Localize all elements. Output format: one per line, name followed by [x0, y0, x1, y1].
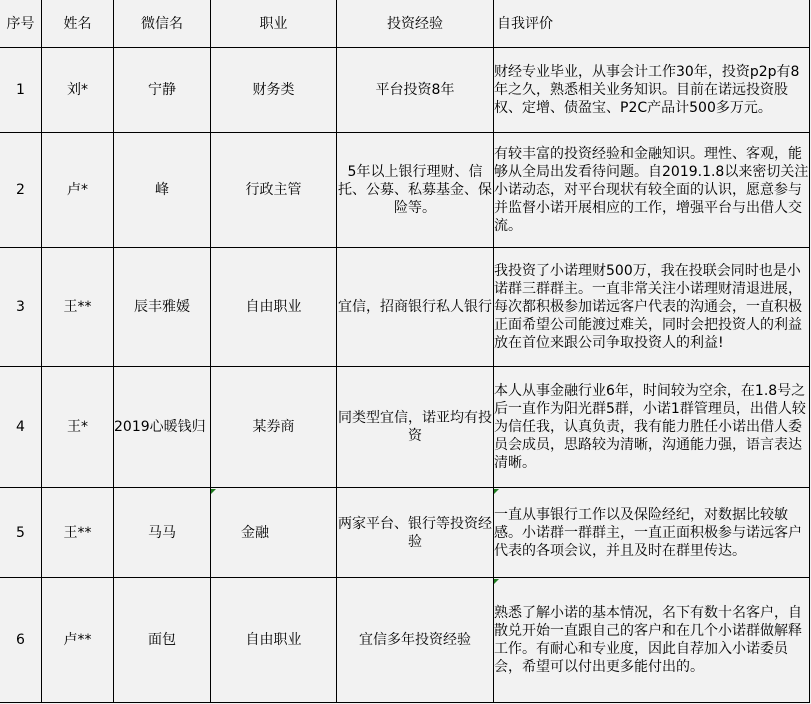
cell-experience[interactable]: 5年以上银行理财、信托、公募、私募基金、保险等。: [337, 133, 494, 248]
table-row: 1 刘* 宁静 财务类 平台投资8年 财经专业毕业，从事会计工作30年，投资p2…: [0, 48, 810, 133]
header-name[interactable]: 姓名: [42, 0, 114, 48]
cell-wechat[interactable]: 峰: [114, 133, 211, 248]
cell-name[interactable]: 卢**: [42, 578, 114, 703]
cell-experience[interactable]: 宜信，招商银行私人银行: [337, 248, 494, 367]
cell-evaluation[interactable]: 熟悉了解小诺的基本情况，名下有数十名客户，自散兑开始一直跟自己的客户和在几个小诺…: [494, 578, 810, 703]
header-occupation[interactable]: 职业: [211, 0, 337, 48]
cell-wechat[interactable]: 面包: [114, 578, 211, 703]
cell-occupation[interactable]: 某券商: [211, 367, 337, 488]
comment-marker-icon: [494, 579, 499, 584]
cell-name[interactable]: 王**: [42, 488, 114, 578]
header-wechat[interactable]: 微信名: [114, 0, 211, 48]
cell-index[interactable]: 1: [0, 48, 42, 133]
cell-wechat[interactable]: 辰丰雅媛: [114, 248, 211, 367]
cell-name[interactable]: 刘*: [42, 48, 114, 133]
comment-marker-icon: [494, 489, 499, 494]
cell-evaluation[interactable]: 一直从事银行工作以及保险经纪，对数据比较敏感。小诺群一群群主，一直正面积极参与诺…: [494, 488, 810, 578]
cell-name[interactable]: 王**: [42, 248, 114, 367]
cell-experience[interactable]: 平台投资8年: [337, 48, 494, 133]
candidate-table: 序号 姓名 微信名 职业 投资经验 自我评价 1 刘* 宁静 财务类 平台投资8…: [0, 0, 810, 703]
table-row: 6 卢** 面包 自由职业 宜信多年投资经验 熟悉了解小诺的基本情况，名下有数十…: [0, 578, 810, 703]
cell-experience[interactable]: 同类型宜信，诺亚均有投资: [337, 367, 494, 488]
cell-evaluation[interactable]: 财经专业毕业，从事会计工作30年，投资p2p有8年之久，熟悉相关业务知识。目前在…: [494, 48, 810, 133]
cell-experience[interactable]: 宜信多年投资经验: [337, 578, 494, 703]
cell-occupation[interactable]: 行政主管: [211, 133, 337, 248]
header-evaluation[interactable]: 自我评价: [494, 0, 810, 48]
cell-evaluation[interactable]: 我投资了小诺理财500万，我在投联会同时也是小诺群三群群主。一直非常关注小诺理财…: [494, 248, 810, 367]
cell-wechat[interactable]: 2019心暖钱归: [114, 367, 211, 488]
header-index[interactable]: 序号: [0, 0, 42, 48]
cell-wechat[interactable]: 宁静: [114, 48, 211, 133]
cell-evaluation[interactable]: 本人从事金融行业6年，时间较为空余，在1.8号之后一直作为阳光群5群，小诺1群管…: [494, 367, 810, 488]
cell-evaluation[interactable]: 有较丰富的投资经验和金融知识。理性、客观，能够从全局出发看待问题。自2019.1…: [494, 133, 810, 248]
table-row: 4 王* 2019心暖钱归 某券商 同类型宜信，诺亚均有投资 本人从事金融行业6…: [0, 367, 810, 488]
cell-wechat[interactable]: 马马: [114, 488, 211, 578]
cell-experience[interactable]: 两家平台、银行等投资经验: [337, 488, 494, 578]
cell-name[interactable]: 王*: [42, 367, 114, 488]
cell-occupation[interactable]: 财务类: [211, 48, 337, 133]
header-row: 序号 姓名 微信名 职业 投资经验 自我评价: [0, 0, 810, 48]
comment-marker-icon: [211, 489, 216, 494]
cell-index[interactable]: 2: [0, 133, 42, 248]
table-row: 2 卢* 峰 行政主管 5年以上银行理财、信托、公募、私募基金、保险等。 有较丰…: [0, 133, 810, 248]
cell-occupation[interactable]: 自由职业: [211, 248, 337, 367]
table-row: 5 王** 马马 金融 两家平台、银行等投资经验 一直从事银行工作以及保险经纪，…: [0, 488, 810, 578]
table-row: 3 王** 辰丰雅媛 自由职业 宜信，招商银行私人银行 我投资了小诺理财500万…: [0, 248, 810, 367]
cell-index[interactable]: 4: [0, 367, 42, 488]
cell-occupation[interactable]: 金融: [211, 488, 337, 578]
header-experience[interactable]: 投资经验: [337, 0, 494, 48]
cell-occupation[interactable]: 自由职业: [211, 578, 337, 703]
cell-index[interactable]: 3: [0, 248, 42, 367]
cell-name[interactable]: 卢*: [42, 133, 114, 248]
cell-index[interactable]: 5: [0, 488, 42, 578]
cell-index[interactable]: 6: [0, 578, 42, 703]
